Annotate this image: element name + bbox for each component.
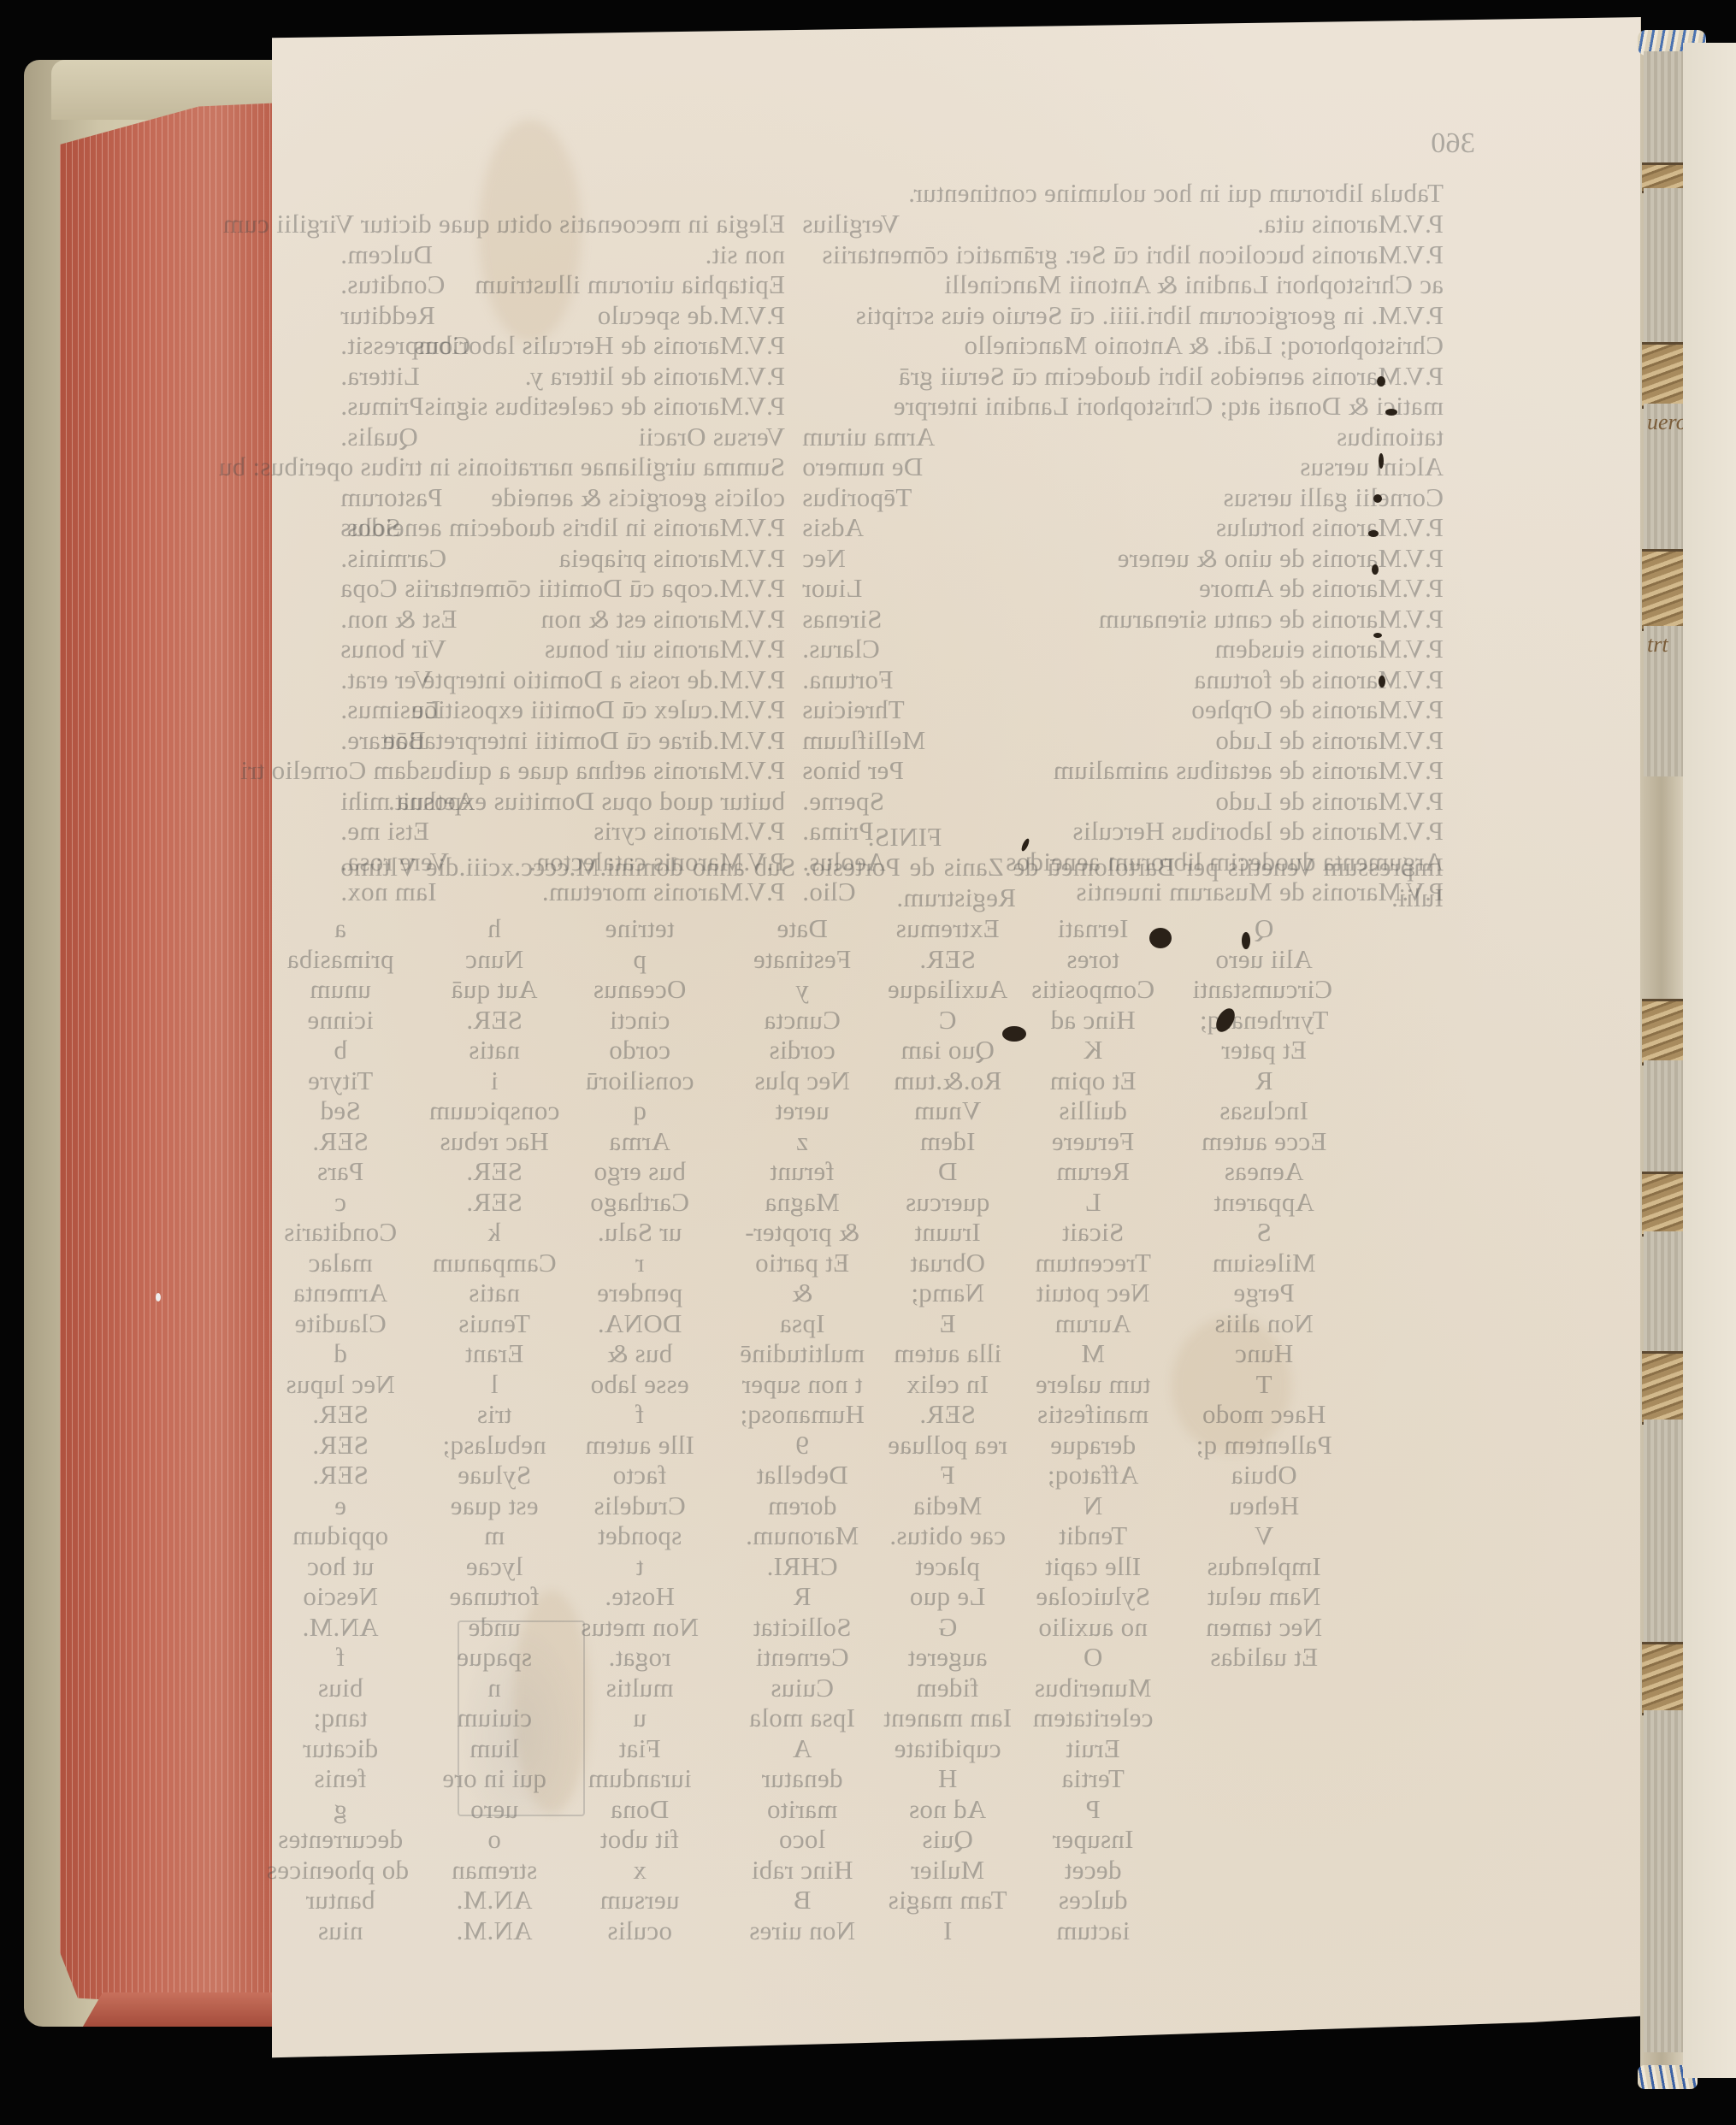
incipit: Copa (340, 573, 537, 604)
registrum-entry: Insuper (1024, 1824, 1161, 1855)
registrum-entry: Erant (426, 1338, 563, 1369)
registrum-entry: Nec lupus (272, 1369, 409, 1400)
registrum-entry: & propter- (734, 1217, 871, 1248)
manuscript-waste-strip: uero (1644, 404, 1685, 549)
registrum-entry: rogat. (571, 1642, 708, 1673)
registrum-entry: illa autem (879, 1338, 1016, 1369)
incipit: Lusimus. (340, 694, 537, 725)
registrum-column: IernatitoresCompositisHinc adKEt opimdui… (1024, 913, 1161, 1945)
registrum-entry: DONA. (571, 1308, 708, 1339)
registrum-entry: Iernati (1024, 913, 1161, 944)
registrum-column: aprimasibaunumicinnebTityreSedSER.ParscC… (272, 913, 409, 1945)
registrum-entry: Conditaris (272, 1217, 409, 1248)
registrum-entry: S (1196, 1217, 1332, 1248)
registrum-entry: t (571, 1551, 708, 1582)
incipit: Adsis (802, 512, 973, 543)
registrum-entry: o (426, 1824, 563, 1855)
registrum-entry: cordo (571, 1035, 708, 1065)
ink-speck (1377, 376, 1385, 387)
sewing-cord (1642, 342, 1683, 409)
registrum-entry: Sollicitat (734, 1612, 871, 1643)
registrum-entry: Cuncta (734, 1005, 871, 1036)
registrum-entry: Q (1196, 913, 1332, 944)
registrum-entry: SER. (272, 1430, 409, 1461)
incipit: Vir bonus (340, 634, 537, 664)
registrum-entry: AN.M. (272, 1612, 409, 1643)
registrum-entry: uersum (571, 1885, 708, 1915)
registrum-entry: R (1196, 1065, 1332, 1096)
registrum-entry: Magna (734, 1187, 871, 1218)
registrum-entry: In celix (879, 1369, 1016, 1400)
finis-line: FINIS. (272, 822, 1640, 853)
registrum-entry: Tenuis (426, 1308, 563, 1339)
registrum-entry: Non metus (571, 1612, 708, 1643)
registrum-entry: Iam manent (879, 1703, 1016, 1733)
registrum-entry: esse labo (571, 1369, 708, 1400)
registrum-entry: Ad nos (879, 1794, 1016, 1825)
registrum-entry: placet (879, 1551, 1016, 1582)
registrum-entry: iurandum (571, 1763, 708, 1794)
ink-speck (1385, 409, 1397, 416)
registrum-entry: do phoenices (272, 1855, 409, 1886)
registrum-entry: denatur (734, 1763, 871, 1794)
registrum-entry: p (571, 944, 708, 975)
incipit (802, 391, 973, 422)
registrum-entry: ur Salu. (571, 1217, 708, 1248)
registrum-entry: Ipsa (734, 1308, 871, 1339)
registrum-entry: L (1024, 1187, 1161, 1218)
incipit: Sperne. (802, 786, 973, 817)
registrum-entry: oppidum (272, 1520, 409, 1551)
registrum-entry: multitudinē (734, 1338, 871, 1369)
manuscript-fragment-text: uero (1647, 410, 1685, 434)
registrum-entry: Pars (272, 1156, 409, 1187)
registrum-entry: Eruit (1024, 1733, 1161, 1764)
registrum-entry: B (734, 1885, 871, 1915)
registrum-entry: Arma (571, 1126, 708, 1157)
registrum-entry: Tendit (1024, 1520, 1161, 1551)
registrum-entry: Non aliis (1196, 1308, 1332, 1339)
registrum-entry: Crudelis (571, 1490, 708, 1521)
incipit: Sirenas (802, 604, 973, 635)
registrum-entry: consiliorū (571, 1065, 708, 1096)
registrum-entry: Maronum. (734, 1520, 871, 1551)
registrum-entry: nius (272, 1915, 409, 1946)
registrum-entry: natis (426, 1278, 563, 1308)
sewing-cord (1642, 549, 1683, 631)
registrum-entry: Carthago (571, 1187, 708, 1218)
registrum-entry: Syluae (426, 1460, 563, 1490)
registrum-entry: M (1024, 1338, 1161, 1369)
registrum-entry: r (571, 1248, 708, 1278)
registrum-entry: Nec tamen (1196, 1612, 1332, 1643)
registrum-entry: Et partio (734, 1248, 871, 1278)
registrum-entry: R (734, 1581, 871, 1612)
registrum-entry: F (879, 1460, 1016, 1490)
incipit: Aethna mihi (340, 786, 537, 817)
registrum-entry: Idem (879, 1126, 1016, 1157)
registrum-entry: D (879, 1156, 1016, 1187)
registrum-entry: Aeneas (1196, 1156, 1332, 1187)
registrum-entry: Feruere (1024, 1126, 1161, 1157)
registrum-entry: Fiat (571, 1733, 708, 1764)
incipit: Qualis. (340, 422, 537, 452)
registrum-entry: CHRI. (734, 1551, 871, 1582)
ink-blot (1149, 928, 1172, 948)
registrum-entry: Ille autem (571, 1430, 708, 1461)
registrum-entry: Hunc (1196, 1338, 1332, 1369)
incipit (802, 239, 973, 270)
registrum-entry: fidem (879, 1673, 1016, 1703)
registrum-entry: C (879, 1005, 1016, 1036)
registrum-entry: SER. (426, 1005, 563, 1036)
registrum-entry: Hoste. (571, 1581, 708, 1612)
registrum-entry: quercus (879, 1187, 1016, 1218)
registrum-entry: AN.M. (426, 1915, 563, 1946)
incipit: Est & non. (340, 604, 537, 635)
registrum-entry: streman (426, 1855, 563, 1886)
registrum-entry: conspicuum (426, 1095, 563, 1126)
registrum-entry: a (272, 913, 409, 944)
registrum-entry: Nec potuit (1024, 1278, 1161, 1308)
registrum-entry: N (1024, 1490, 1161, 1521)
registrum-entry: q (571, 1095, 708, 1126)
vellum-spine-strip (1644, 188, 1685, 342)
incipit: Conditus. (340, 269, 537, 300)
incipit (802, 300, 973, 331)
registrum-entry: cae obitus. (879, 1520, 1016, 1551)
registrum-entry: SER. (879, 944, 1016, 975)
registrum-entry: facto (571, 1460, 708, 1490)
registrum-entry: l (426, 1369, 563, 1400)
registrum-entry: no auxilio (1024, 1612, 1161, 1643)
sewing-cord (1642, 1172, 1683, 1237)
registrum-entry: z (734, 1126, 871, 1157)
registrum-entry: Ecce autem (1196, 1126, 1332, 1157)
registrum-entry: Rerum (1024, 1156, 1161, 1187)
table-title: Tabula librorum qui in hoc uolumine cont… (908, 178, 1444, 209)
registrum-entry: nebulasq; (426, 1430, 563, 1461)
registrum-entry: Alii uero (1196, 944, 1332, 975)
registrum-entry: bus ergo (571, 1156, 708, 1187)
registrum-entry: u (571, 1703, 708, 1733)
registrum-entry: natis (426, 1035, 563, 1065)
registrum-entry: est quae (426, 1490, 563, 1521)
incipit: Clarus. (802, 634, 973, 664)
incipit: Primus. (340, 391, 537, 422)
registrum-entry: Inclusas (1196, 1095, 1332, 1126)
registrum-entry: Le quo (879, 1581, 1016, 1612)
registrum-entry: augeret (879, 1642, 1016, 1673)
ink-speck (1372, 564, 1379, 575)
registrum-entry: Ille capit (1024, 1551, 1161, 1582)
ink-speck (1379, 453, 1384, 469)
cover-nick (156, 1293, 161, 1302)
ink-speck (1373, 633, 1382, 638)
registrum-entry: Media (879, 1490, 1016, 1521)
registrum-entry: malac (272, 1248, 409, 1278)
incipit: Dulcem. (340, 239, 537, 270)
registrum-entry: decurrentes (272, 1824, 409, 1855)
sewing-cord (1642, 999, 1683, 1065)
registrum-entry: Cernenti (734, 1642, 871, 1673)
incipit: Solus (340, 512, 537, 543)
registrum-entry: k (426, 1217, 563, 1248)
incipit (340, 755, 537, 786)
registrum-entry: SER. (272, 1460, 409, 1490)
incipit: Arma uirum (802, 422, 973, 452)
registrum-entry: Mulier (879, 1855, 1016, 1886)
registrum-entry: dorem (734, 1490, 871, 1521)
ink-speck (1242, 932, 1250, 949)
registrum-entry: V (1196, 1520, 1332, 1551)
registrum-entry: Claudite (272, 1308, 409, 1339)
registrum-entry: fit ubot (571, 1824, 708, 1855)
registrum-entry: iactum (1024, 1915, 1161, 1946)
incipit (802, 330, 973, 361)
registrum-entry: bantur (272, 1885, 409, 1915)
registrum-entry: Tityre (272, 1065, 409, 1096)
registrum-entry: Aut quā (426, 974, 563, 1005)
registrum-entry: Apparent (1196, 1187, 1332, 1218)
registrum-entry: Heheu (1196, 1490, 1332, 1521)
registrum-entry: Obuia (1196, 1460, 1332, 1490)
registrum-entry: icinne (272, 1005, 409, 1036)
incipit: Mellifluum (802, 725, 973, 756)
registrum-entry: fenis (272, 1763, 409, 1794)
vellum-spine-strip (1644, 51, 1685, 162)
incipit: Littera. (340, 361, 537, 392)
sewing-cord (1642, 1351, 1683, 1425)
registrum-entry: b (272, 1035, 409, 1065)
registrum-entry: celeritatem (1024, 1703, 1161, 1733)
incipit: Per binos (802, 755, 973, 786)
registrum-entry: Armenta (272, 1278, 409, 1308)
registrum-entry: fortunae (426, 1581, 563, 1612)
registrum-column: tetrinepOceanuscincticordoconsiliorūqArm… (571, 913, 708, 1945)
registrum-entry: Quis (879, 1824, 1016, 1855)
registrum-entry: Circumstanti (1196, 974, 1332, 1005)
registrum-entry: E (879, 1308, 1016, 1339)
registrum-entry: cordis (734, 1035, 871, 1065)
folio-number: 360 (1431, 128, 1475, 159)
registrum-entry: unum (272, 974, 409, 1005)
registrum-entry: decet (1024, 1855, 1161, 1886)
registrum-entry: tores (1024, 944, 1161, 975)
registrum-entry: Pallentem q; (1196, 1430, 1332, 1461)
vellum-spine-strip (1644, 1060, 1685, 1172)
ink-blot (1002, 1026, 1026, 1042)
vellum-spine-strip (1644, 1231, 1685, 1360)
registrum-column: DateFestinateyCunctacordisNec plusueretz… (734, 913, 871, 1945)
registrum-entry: Festinate (734, 944, 871, 975)
library-stamp-showthrough (458, 1620, 585, 1816)
vellum-spine-strip (1644, 1420, 1685, 1642)
incipit: Tēporibus (802, 482, 973, 513)
registrum-entry: e (272, 1490, 409, 1521)
registrum-entry: Oceanus (571, 974, 708, 1005)
registrum-entry: Quo iam (879, 1035, 1016, 1065)
registrum-entry: g (272, 1794, 409, 1825)
registrum-entry: manifestis (1024, 1399, 1161, 1430)
registrum-entry: Hinc rabi (734, 1855, 871, 1886)
registrum-entry: Et pater (1196, 1035, 1332, 1065)
registrum-entry: multis (571, 1673, 708, 1703)
registrum-entry: Iruunt (879, 1217, 1016, 1248)
registrum-entry: ueret (734, 1095, 871, 1126)
registrum-entry: Et opim (1024, 1065, 1161, 1096)
registrum-entry: Sed (272, 1095, 409, 1126)
registrum-entry: Hinc ad (1024, 1005, 1161, 1036)
registrum-entry: rea polluae (879, 1430, 1016, 1461)
registrum-entry: Aurum (1024, 1308, 1161, 1339)
registrum-entry: Nescio (272, 1581, 409, 1612)
registrum-entry: AN.M. (426, 1885, 563, 1915)
registrum-entry: Hac rebus (426, 1126, 563, 1157)
registrum-entry: Milesium (1196, 1248, 1332, 1278)
registrum-entry: SER. (426, 1156, 563, 1187)
registrum-entry: T (1196, 1369, 1332, 1400)
incipit: Ver erat. (340, 664, 537, 695)
registrum-entry: x (571, 1855, 708, 1886)
incipit: Threicius (802, 694, 973, 725)
registrum-entry: Nunc (426, 944, 563, 975)
incipit (340, 209, 537, 239)
registrum-entry: Obruat (879, 1248, 1016, 1278)
contents-incipits-left: Vergilius Arma uirum De numero Tēporibus… (802, 209, 973, 907)
registrum-entry: Dona (571, 1794, 708, 1825)
registrum-entry: P (1024, 1794, 1161, 1825)
registrum-entry: Non uires (734, 1915, 871, 1946)
registrum-entry: Trecentum (1024, 1248, 1161, 1278)
registrum-entry: f (571, 1399, 708, 1430)
registrum-entry: Affatoq; (1024, 1460, 1161, 1490)
incipit: Fortuna. (802, 664, 973, 695)
registrum-entry: oculis (571, 1915, 708, 1946)
registrum-entry: dicatur (272, 1733, 409, 1764)
registrum-entry: Nec plus (734, 1065, 871, 1096)
registrum-entry: Campanum (426, 1248, 563, 1278)
registrum-entry: primasiba (272, 944, 409, 975)
ink-speck (1373, 494, 1382, 503)
registrum-entry: cupiditate (879, 1733, 1016, 1764)
registrum-entry: Humanosq; (734, 1399, 871, 1430)
registrum-entry: Nam uelut (1196, 1581, 1332, 1612)
registrum-entry: O (1024, 1642, 1161, 1673)
registrum-entry: tris (426, 1399, 563, 1430)
contents-incipits-right: Dulcem. Conditus. Redditur Compressit. L… (340, 209, 537, 907)
sewing-cord (1642, 1642, 1683, 1715)
registrum-entry: Syluicolae (1024, 1581, 1161, 1612)
registrum-entry: K (1024, 1035, 1161, 1065)
registrum-entry: ut hoc (272, 1551, 409, 1582)
registrum-entry: t non super (734, 1369, 871, 1400)
incipit: Redditur (340, 300, 537, 331)
registrum-entry: ferunt (734, 1156, 871, 1187)
incipit: Nec (802, 543, 973, 574)
registrum-entry: Tam magis (879, 1885, 1016, 1915)
registrum-entry: SER. (426, 1187, 563, 1218)
registrum-entry: Extremus (879, 913, 1016, 944)
registrum-entry: Perge (1196, 1278, 1332, 1308)
registrum-entry: Debellat (734, 1460, 871, 1490)
registrum-entry: Cuius (734, 1673, 871, 1703)
registrum-entry: Tertia (1024, 1763, 1161, 1794)
registrum-entry: cincti (571, 1005, 708, 1036)
incipit: Compressit. (340, 330, 537, 361)
registrum-entry: Date (734, 913, 871, 944)
registrum-entry: Vnum (879, 1095, 1016, 1126)
incipit: Battare. (340, 725, 537, 756)
registrum-entry: deraque (1024, 1430, 1161, 1461)
registrum-entry: Ipsa mola (734, 1703, 871, 1733)
registrum-entry: H (879, 1763, 1016, 1794)
registrum-entry: Implendus (1196, 1551, 1332, 1582)
registrum-entry: SER. (879, 1399, 1016, 1430)
registrum-entry: d (272, 1338, 409, 1369)
registrum-entry: i (426, 1065, 563, 1096)
registrum-entry: 9 (734, 1430, 871, 1461)
registrum-entry: A (734, 1733, 871, 1764)
incipit (802, 361, 973, 392)
registrum-heading: Registrum. (272, 882, 1640, 913)
registrum-entry: marito (734, 1794, 871, 1825)
vellum-spine-strip (1644, 1710, 1685, 2052)
incipit: Pastorum (340, 482, 537, 513)
registrum-entry: G (879, 1612, 1016, 1643)
registrum-entry: Namq; (879, 1278, 1016, 1308)
incipit (802, 269, 973, 300)
registrum-entry: Auxiliaque (879, 974, 1016, 1005)
registrum-entry: duillis (1024, 1095, 1161, 1126)
ink-speck (1368, 530, 1379, 537)
manuscript-fragment-text: trt (1647, 632, 1668, 657)
registrum-entry: & (734, 1278, 871, 1308)
ink-speck (1379, 676, 1385, 688)
registrum-entry: h (426, 913, 563, 944)
registrum-entry: m (426, 1520, 563, 1551)
registrum-entry: c (272, 1187, 409, 1218)
incipit (340, 452, 537, 482)
registrum-entry: Compositis (1024, 974, 1161, 1005)
registrum-entry: bius (272, 1673, 409, 1703)
registrum-entry: y (734, 974, 871, 1005)
registrum-entry: lycae (426, 1551, 563, 1582)
facing-leaf-edge (1683, 43, 1736, 2078)
registrum-entry: Et ualidas (1196, 1642, 1332, 1673)
incipit: Carminis. (340, 543, 537, 574)
incipit: De numero (802, 452, 973, 482)
registrum-entry: spondet (571, 1520, 708, 1551)
registrum-entry: I (879, 1915, 1016, 1946)
registrum-entry: f (272, 1642, 409, 1673)
registrum-entry: bus & (571, 1338, 708, 1369)
incipit: Vergilius (802, 209, 973, 239)
registrum-entry: SER. (272, 1126, 409, 1157)
registrum-entry: SER. (272, 1399, 409, 1430)
manuscript-waste-strip: trt (1644, 626, 1685, 776)
registrum-entry: tetrine (571, 913, 708, 944)
registrum-entry: loco (734, 1824, 871, 1855)
registrum-entry: Haec modo (1196, 1399, 1332, 1430)
registrum-entry: dulces (1024, 1885, 1161, 1915)
incipit: Liuor (802, 573, 973, 604)
registrum-entry: pendere (571, 1278, 708, 1308)
registrum-entry: tum ualere (1024, 1369, 1161, 1400)
registrum-entry: tanq; (272, 1703, 409, 1733)
registrum-entry: Sicait (1024, 1217, 1161, 1248)
registrum-column: ExtremusSER.AuxiliaqueCQuo iamRo.&.tumVn… (879, 913, 1016, 1945)
